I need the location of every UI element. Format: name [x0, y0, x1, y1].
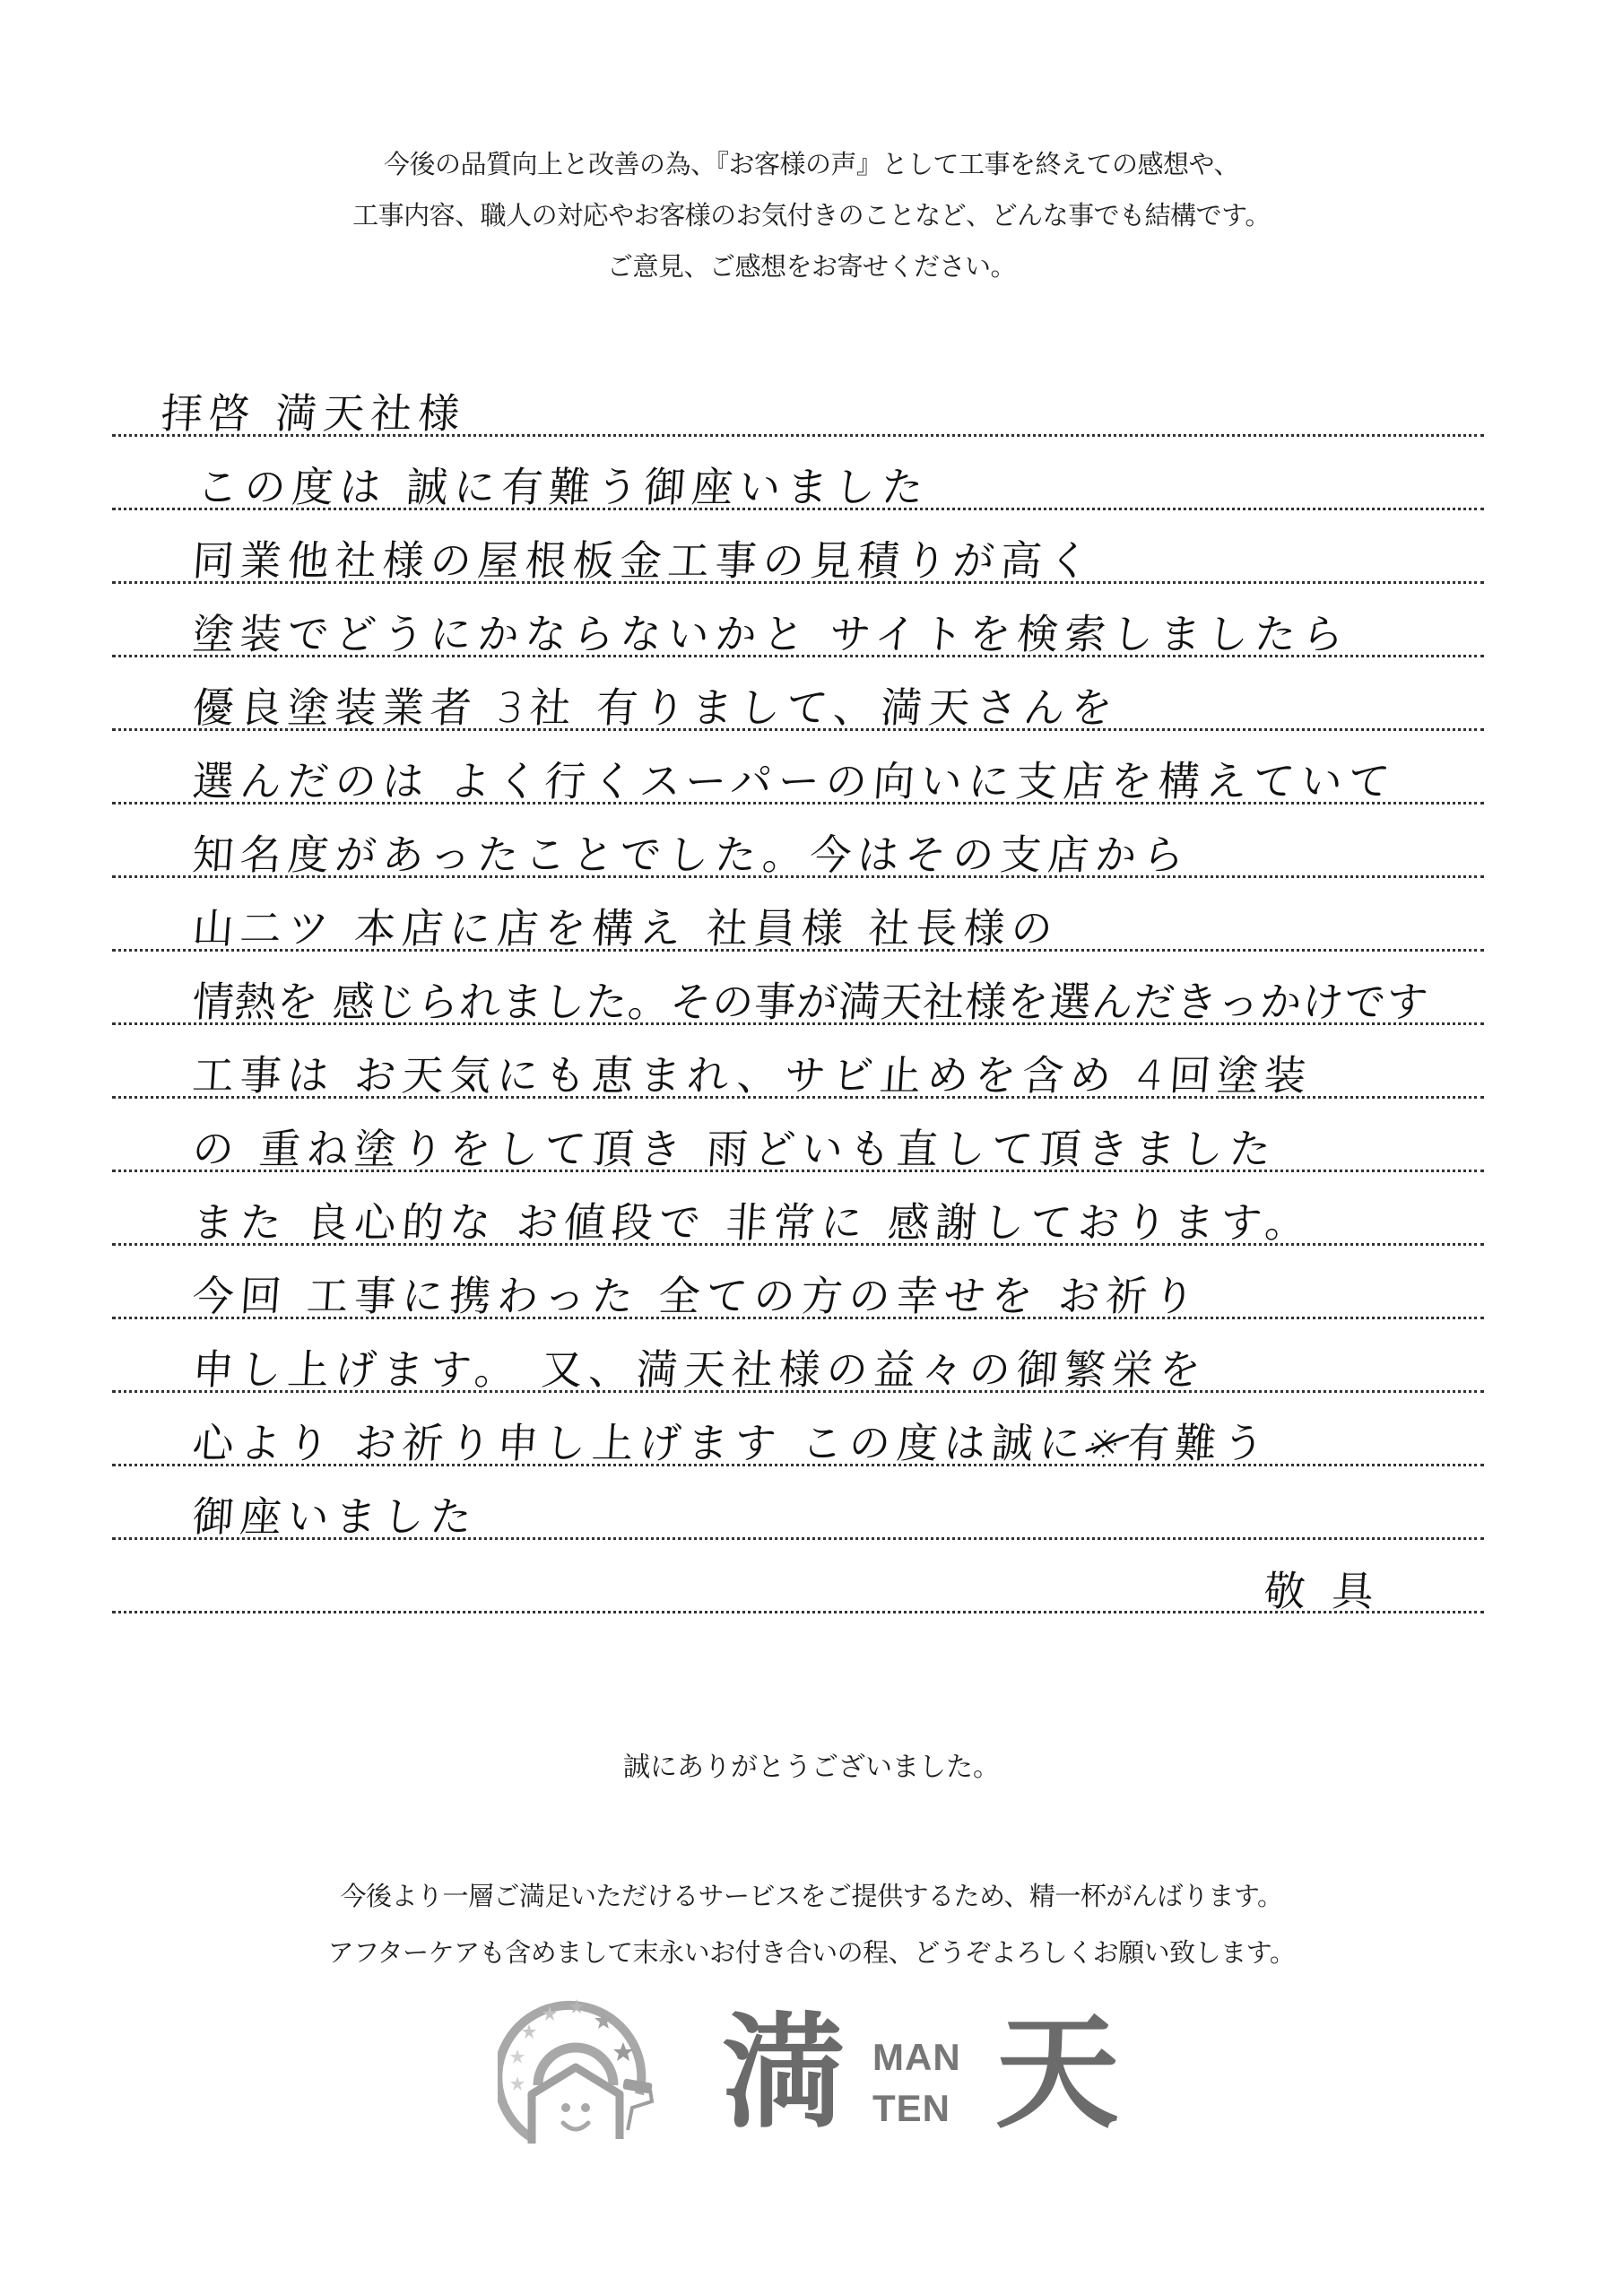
thank-you-heading: 誠にありがとうございました。 — [0, 1744, 1623, 1784]
closing-line-1: 今後より一層ご満足いただけるサービスをご提供するため、精一杯がんばります。 — [0, 1868, 1623, 1925]
letter-line: また 良心的な お値段で 非常に 感謝しております。 — [191, 1190, 1315, 1249]
letter-line: 優良塗装業者 3社 有りまして、満天さんを — [191, 675, 1121, 735]
letter-line: 情熱を 感じられました。その事が満天社様を選んだきっかけです — [191, 970, 1431, 1029]
letter-line: 今回 工事に携わった 全ての方の幸せを お祈り — [191, 1264, 1203, 1323]
letter-line: 山二ツ 本店に店を構え 社員様 社長様の — [191, 896, 1061, 955]
letter-line: 工事は お天気にも恵まれ、サビ止めを含め 4回塗装 — [191, 1043, 1315, 1102]
letter-closing-keigu: 敬具 — [1263, 1559, 1403, 1618]
letter-line: この度は 誠に有難う御座いました — [195, 455, 932, 514]
letter-line: 御座いました — [191, 1484, 481, 1544]
company-logo: 満 MAN TEN 天 — [498, 1987, 1143, 2157]
letter-line: 塗装でどうにかならないかと サイトを検索しましたら — [191, 602, 1352, 661]
logo-latin-ten: TEN — [872, 2090, 950, 2127]
letter-line: 知名度があったことでした。今はその支店から — [191, 822, 1193, 882]
closing-message: 今後より一層ご満足いただけるサービスをご提供するため、精一杯がんばります。 アフ… — [0, 1868, 1623, 1981]
letter-line-text: 心より お祈り申し上げます この度は誠に — [191, 1419, 1089, 1467]
house-stars-logo-icon — [498, 1987, 655, 2152]
letter-salutation: 拝啓 満天社様 — [160, 381, 468, 440]
letter-line-tail: 有難う — [1126, 1419, 1272, 1467]
logo-latin-man: MAN — [872, 2039, 961, 2076]
letter-line: 選んだのは よく行くスーパーの向いに支店を構えていて — [191, 749, 1399, 808]
letter-line: 申し上げます。 又、満天社様の益々の御繁栄を — [191, 1337, 1210, 1396]
crossed-out-character: ※ — [1085, 1419, 1129, 1467]
logo-kanji-man: 満 — [722, 2012, 846, 2135]
letter-line: の 重ね塗りをして頂き 雨どいも直して頂きました — [191, 1117, 1280, 1176]
letter-line: 同業他社様の屋根板金工事の見積りが高く — [191, 528, 1098, 587]
logo-kanji-ten: 天 — [995, 2012, 1119, 2135]
letter-line: 心より お祈り申し上げます この度は誠に※有難う — [191, 1411, 1272, 1470]
closing-line-2: アフターケアも含めまして末永いお付き合いの程、どうぞよろしくお願い致します。 — [0, 1925, 1623, 1981]
